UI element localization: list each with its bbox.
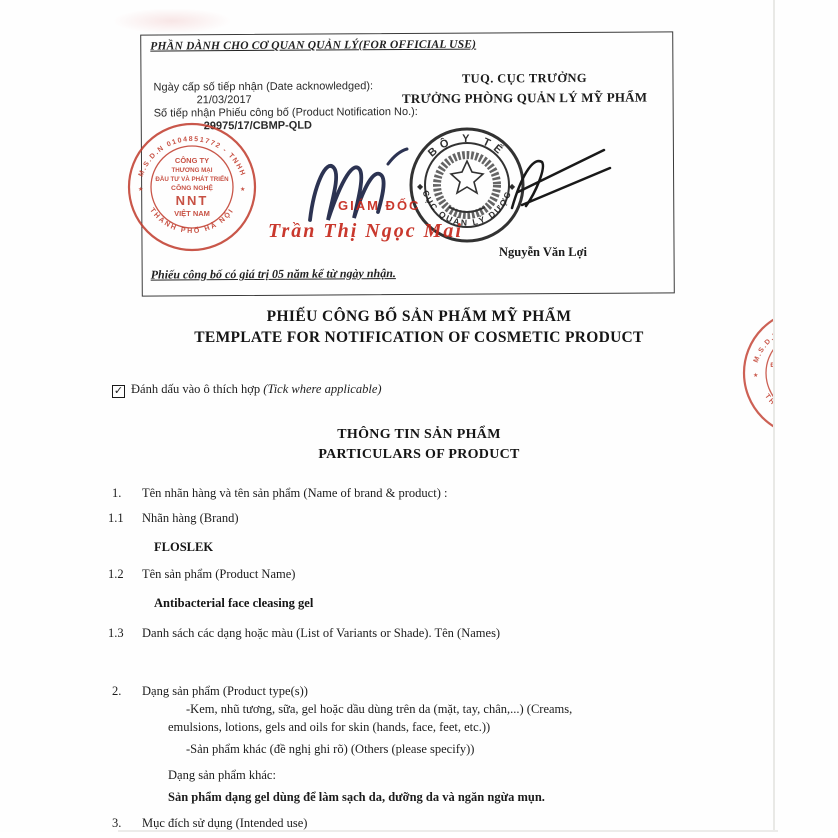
director-title: GIÁM ĐỐC bbox=[338, 198, 420, 213]
director-name-signature: Trần Thị Ngọc Mai bbox=[268, 220, 463, 243]
authority-line2: TRƯỞNG PHÒNG QUẢN LÝ MỸ PHẨM bbox=[380, 89, 670, 107]
svg-text:★: ★ bbox=[753, 372, 758, 379]
document-title-en: TEMPLATE FOR NOTIFICATION OF COSMETIC PR… bbox=[0, 329, 838, 347]
product-type-option1-line2: emulsions, lotions, gels and oils for sk… bbox=[168, 720, 490, 735]
variants-label: Danh sách các dạng hoặc màu (List of Var… bbox=[142, 626, 500, 641]
partial-company-seal-stamp: M.S.D.N 0104851772 - TNHH THÀNH PHỐ HÀ N… bbox=[737, 293, 775, 439]
approver-signature bbox=[492, 128, 622, 233]
star-icon: ★ bbox=[138, 186, 143, 193]
product-name-value: Antibacterial face cleasing gel bbox=[154, 596, 313, 611]
company-seal-stamp: M.S.D.N 0104851772 - TNHH THÀNH PHỐ HÀ N… bbox=[122, 117, 262, 257]
approver-name: Nguyễn Văn Lợi bbox=[468, 245, 618, 260]
item1-label: Tên nhãn hàng và tên sản phẩm (Name of b… bbox=[142, 486, 447, 501]
product-type-label: Dạng sản phẩm (Product type(s)) bbox=[142, 684, 308, 699]
document-title-vi: PHIẾU CÔNG BỐ SẢN PHẨM MỸ PHẨM bbox=[0, 308, 838, 326]
company-seal-line6: VIỆT NAM bbox=[174, 209, 210, 218]
page-right-edge bbox=[773, 0, 775, 832]
tick-instruction-text: Đánh dấu vào ô thích hợp bbox=[131, 382, 263, 396]
company-seal-line5: NNT bbox=[176, 193, 209, 208]
intended-use-label: Mục đích sử dụng (Intended use) bbox=[142, 816, 307, 831]
tick-instruction-en: (Tick where applicable) bbox=[263, 382, 381, 396]
company-seal-line4: CÔNG NGHỆ bbox=[171, 183, 213, 192]
product-name-label: Tên sản phẩm (Product Name) bbox=[142, 567, 295, 582]
item-number: 1. bbox=[112, 486, 142, 501]
official-use-header: PHẦN DÀNH CHO CƠ QUAN QUẢN LÝ(FOR OFFICI… bbox=[150, 39, 476, 53]
company-seal-line2: THƯƠNG MẠI bbox=[171, 167, 212, 174]
star-icon: ★ bbox=[240, 186, 245, 193]
scan-margin bbox=[0, 832, 838, 838]
scan-smudge bbox=[112, 8, 232, 34]
item-number: 1.3 bbox=[108, 626, 138, 641]
other-type-value: Sản phẩm dạng gel dùng để làm sạch da, d… bbox=[168, 790, 545, 805]
company-seal-line3: ĐẦU TƯ VÀ PHÁT TRIỂN bbox=[155, 176, 229, 183]
section-heading-vi: THÔNG TIN SẢN PHẨM bbox=[0, 427, 838, 443]
other-type-label: Dạng sản phẩm khác: bbox=[168, 768, 276, 783]
tick-instruction: ✓Đánh dấu vào ô thích hợp (Tick where ap… bbox=[112, 382, 382, 398]
authority-block: TUQ. CỤC TRƯỞNG TRƯỞNG PHÒNG QUẢN LÝ MỸ … bbox=[379, 70, 669, 107]
brand-value: FLOSLEK bbox=[154, 540, 213, 555]
company-seal-line1: CÔNG TY bbox=[175, 156, 209, 165]
item-number: 2. bbox=[112, 684, 142, 699]
section-heading-en: PARTICULARS OF PRODUCT bbox=[0, 447, 838, 463]
item-number: 1.2 bbox=[108, 567, 138, 582]
authority-line1: TUQ. CỤC TRƯỞNG bbox=[379, 70, 669, 87]
scanned-document-page: PHẦN DÀNH CHO CƠ QUAN QUẢN LÝ(FOR OFFICI… bbox=[0, 0, 838, 838]
checked-checkbox-icon: ✓ bbox=[112, 385, 125, 398]
diamond-icon: ◆ bbox=[417, 182, 424, 191]
product-type-option2: -Sản phẩm khác (đề nghị ghi rõ) (Others … bbox=[186, 742, 474, 757]
brand-label: Nhãn hàng (Brand) bbox=[142, 511, 239, 526]
product-type-option1-line1: -Kem, nhũ tương, sữa, gel hoặc dầu dùng … bbox=[186, 702, 572, 717]
item-number: 3. bbox=[112, 816, 142, 831]
item-number: 1.1 bbox=[108, 511, 138, 526]
validity-note: Phiếu công bố có giá trị 05 năm kể từ ng… bbox=[151, 266, 396, 282]
